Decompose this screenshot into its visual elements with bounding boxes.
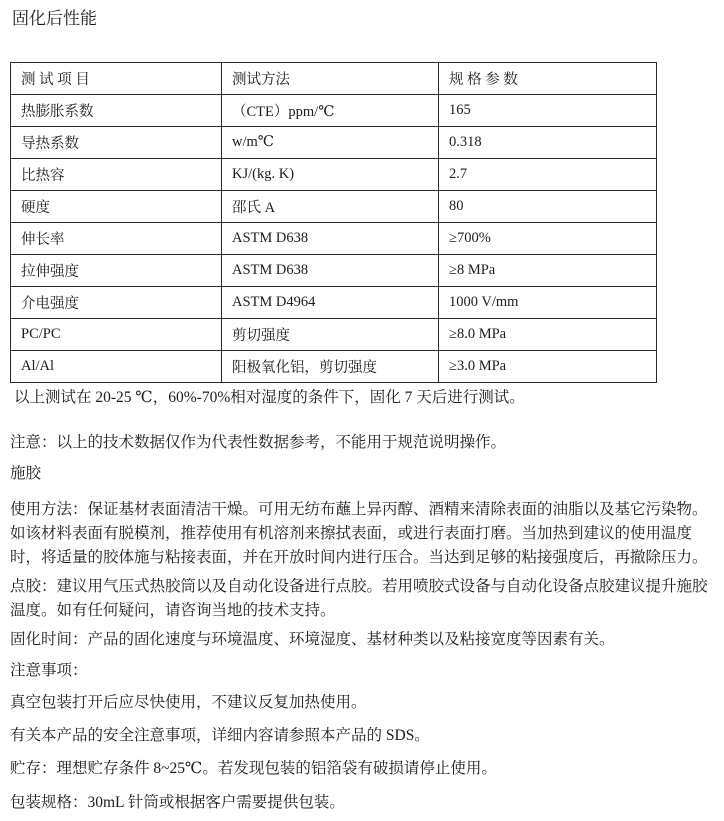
cure-time-note: 固化时间：产品的固化速度与环境温度、环境湿度、基材种类以及粘接宽度等因素有关。 [10, 630, 716, 650]
cell-spec-value: 0.318 [439, 127, 657, 159]
table-row: 比热容 KJ/(kg. K) 2.7 [11, 159, 657, 191]
cell-test-method: KJ/(kg. K) [222, 159, 439, 191]
cell-spec-value: ≥3.0 MPa [439, 351, 657, 383]
sizing-section-heading: 施胶 [10, 464, 716, 484]
cell-test-item: 比热容 [11, 159, 222, 191]
cell-spec-value: 165 [439, 95, 657, 127]
cell-test-method: （CTE）ppm/℃ [222, 95, 439, 127]
cell-spec-value: 1000 V/mm [439, 287, 657, 319]
table-row: 拉伸强度 ASTM D638 ≥8 MPa [11, 255, 657, 287]
table-header-row: 测 试 项 目 测试方法 规 格 参 数 [11, 63, 657, 95]
cell-test-item: 介电强度 [11, 287, 222, 319]
cell-test-item: PC/PC [11, 319, 222, 351]
col-header-test-method: 测试方法 [222, 63, 439, 95]
cell-test-method: ASTM D638 [222, 223, 439, 255]
precautions-heading: 注意事项： [10, 661, 716, 681]
usage-instructions: 使用方法：保证基材表面清洁干燥。可用无纺布蘸上异丙醇、酒精来清除表面的油脂以及基… [10, 498, 716, 570]
table-row: 热膨胀系数 （CTE）ppm/℃ 165 [11, 95, 657, 127]
test-conditions-note: 以上测试在 20-25 ℃，60%-70%相对湿度的条件下，固化 7 天后进行测… [14, 388, 716, 408]
cell-spec-value: 80 [439, 191, 657, 223]
cell-test-item: Al/Al [11, 351, 222, 383]
cell-test-item: 伸长率 [11, 223, 222, 255]
col-header-spec-value: 规 格 参 数 [439, 63, 657, 95]
vacuum-packaging-note: 真空包装打开后应尽快使用，不建议反复加热使用。 [10, 693, 716, 713]
cell-test-item: 热膨胀系数 [11, 95, 222, 127]
table-row: 介电强度 ASTM D4964 1000 V/mm [11, 287, 657, 319]
cell-test-item: 拉伸强度 [11, 255, 222, 287]
cell-test-method: w/m℃ [222, 127, 439, 159]
cell-test-method: 阳极氧化铝，剪切强度 [222, 351, 439, 383]
col-header-test-item: 测 试 项 目 [11, 63, 222, 95]
cured-properties-table: 测 试 项 目 测试方法 规 格 参 数 热膨胀系数 （CTE）ppm/℃ 16… [10, 62, 657, 383]
table-row: Al/Al 阳极氧化铝，剪切强度 ≥3.0 MPa [11, 351, 657, 383]
cell-spec-value: ≥8.0 MPa [439, 319, 657, 351]
cell-test-method: 剪切强度 [222, 319, 439, 351]
cell-spec-value: 2.7 [439, 159, 657, 191]
packaging-spec-note: 包装规格：30mL 针筒或根据客户需要提供包装。 [10, 793, 716, 813]
cell-test-item: 硬度 [11, 191, 222, 223]
cell-test-method: ASTM D4964 [222, 287, 439, 319]
cell-test-method: 邵氏 A [222, 191, 439, 223]
storage-note: 贮存：理想贮存条件 8~25℃。若发现包装的铝箔袋有破损请停止使用。 [10, 759, 716, 779]
table-row: PC/PC 剪切强度 ≥8.0 MPa [11, 319, 657, 351]
table-row: 硬度 邵氏 A 80 [11, 191, 657, 223]
cell-spec-value: ≥8 MPa [439, 255, 657, 287]
table-row: 伸长率 ASTM D638 ≥700% [11, 223, 657, 255]
cell-test-method: ASTM D638 [222, 255, 439, 287]
disclaimer-note: 注意：以上的技术数据仅作为代表性数据参考，不能用于规范说明操作。 [10, 433, 716, 453]
dispensing-note: 点胶：建议用气压式热胶筒以及自动化设备进行点胶。若用喷胶式设备与自动化设备点胶建… [10, 575, 716, 623]
sds-reference-note: 有关本产品的安全注意事项，详细内容请参照本产品的 SDS。 [10, 726, 716, 746]
cell-test-item: 导热系数 [11, 127, 222, 159]
cell-spec-value: ≥700% [439, 223, 657, 255]
table-row: 导热系数 w/m℃ 0.318 [11, 127, 657, 159]
page-title: 固化后性能 [12, 8, 716, 29]
